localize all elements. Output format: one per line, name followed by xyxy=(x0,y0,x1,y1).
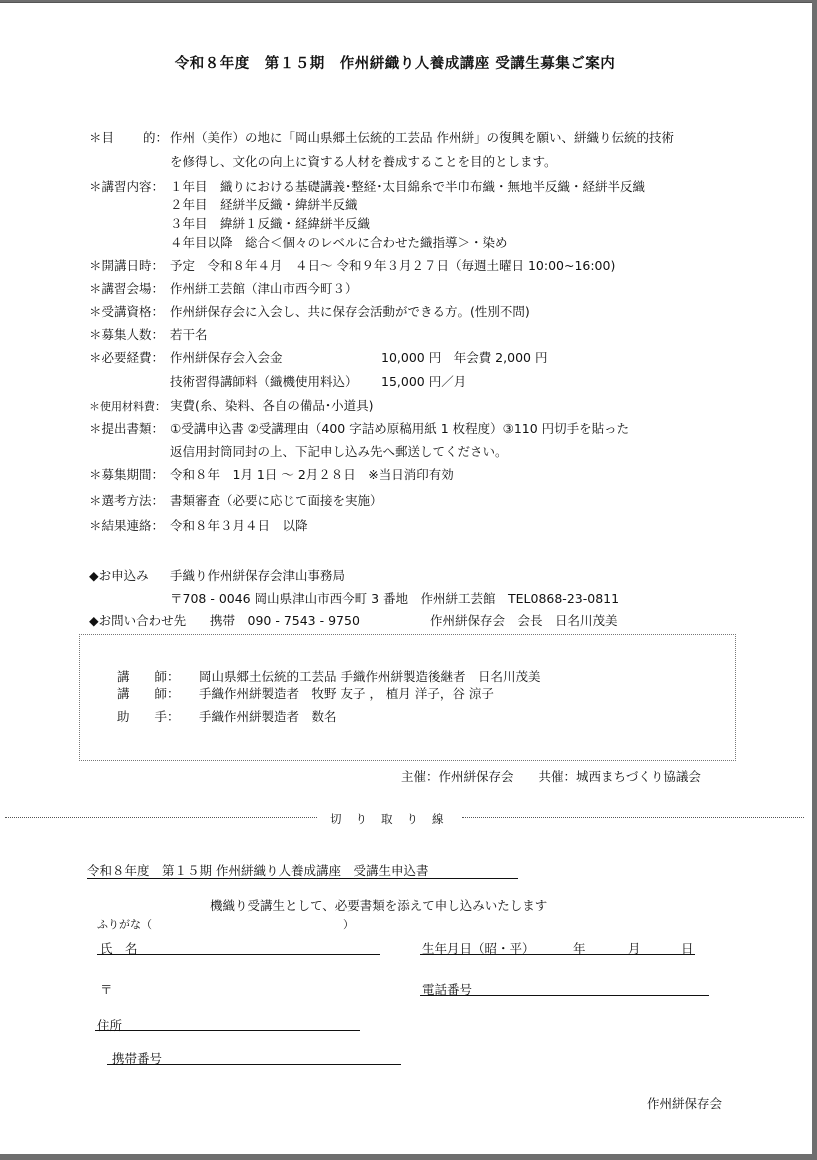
organizers: 主催：作州絣保存会 共催：城西まちづくり協議会 xyxy=(401,769,701,785)
instructor-desc-2: 手織作州絣製造者 牧野 友子 ， 植月 洋子，谷 涼子 xyxy=(199,684,494,702)
form-statement: 機織り受講生として、必要書類を添えて申し込みいたします xyxy=(210,896,547,914)
item-label-selection: ＊選考方法： xyxy=(89,493,164,509)
birthdate-underline xyxy=(420,954,695,955)
item-label-period: ＊募集期間： xyxy=(89,467,164,483)
application-office: 手織り作州絣保存会津山事務局 xyxy=(170,566,345,584)
furigana-label: ふりがな（ xyxy=(97,916,152,932)
item-value-documents-2: 返信用封筒同封の上、下記申し込み先へ郵送してください。 xyxy=(170,444,508,460)
postal-field[interactable] xyxy=(118,976,318,994)
instructor-role-1: 講 師： xyxy=(117,667,180,685)
address-field[interactable] xyxy=(128,1012,358,1030)
item-value-materials: 実費(糸、染料、各自の備品･小道具) xyxy=(170,398,374,414)
application-address: 〒708 - 0046 岡山県津山市西今町 3 番地 作州絣工芸館 TEL086… xyxy=(170,589,619,607)
item-label-capacity: ＊募集人数： xyxy=(89,327,164,343)
phone-underline xyxy=(420,995,709,996)
item-value-purpose-2: を修得し、文化の向上に資する人材を養成することを目的とします。 xyxy=(170,154,557,170)
name-field[interactable] xyxy=(150,935,378,953)
item-label-result: ＊結果連絡： xyxy=(89,518,164,534)
phone-field[interactable] xyxy=(480,976,705,994)
item-value-course-3: ３年目 緯絣１反織・経緯絣半反織 xyxy=(170,216,370,232)
instructor-role-2: 講 師： xyxy=(117,684,180,702)
item-value-fees-2: 技術習得講師料（織機使用料込） xyxy=(170,374,358,390)
furigana-field[interactable] xyxy=(218,916,343,930)
item-label-fees: ＊必要経費： xyxy=(89,350,164,366)
birthdate-field[interactable] xyxy=(540,935,690,953)
item-value-venue: 作州絣工芸館（津山市西今町３） xyxy=(170,281,358,297)
item-amount-fees-2: 15,000 円／月 xyxy=(381,374,466,390)
cut-line-left xyxy=(5,817,317,818)
item-value-period: 令和８年 1月 1日 ～ 2月２８日 ※当日消印有効 xyxy=(170,467,454,483)
item-label-schedule: ＊開講日時： xyxy=(89,258,164,274)
item-label-venue: ＊講習会場： xyxy=(89,281,164,297)
mobile-underline xyxy=(107,1064,401,1065)
item-value-course-2: ２年目 経絣半反織・緯絣半反織 xyxy=(170,197,358,213)
item-value-documents-1: ①受講申込書 ②受講理由（400 字詰め原稿用紙 1 枚程度）③110 円切手を… xyxy=(170,421,629,437)
inquiry-phone: 携帯 090 - 7543 - 9750 xyxy=(210,611,360,629)
name-underline xyxy=(97,954,380,955)
item-label-purpose: ＊目 的： xyxy=(89,130,168,146)
item-label-documents: ＊提出書類： xyxy=(89,421,164,437)
mobile-field[interactable] xyxy=(170,1045,398,1063)
item-value-course-1: １年目 織りにおける基礎講義･整経･太目綿糸で半巾布織・無地半反織・経絣半反織 xyxy=(170,179,645,195)
cut-line-label: 切り取り線 xyxy=(330,811,458,827)
instructors-box: 講 師： 岡山県郷土伝統的工芸品 手織作州絣製造後継者 日名川茂美 講 師： 手… xyxy=(79,634,736,761)
item-value-capacity: 若干名 xyxy=(170,327,208,343)
footer-organization: 作州絣保存会 xyxy=(647,1094,722,1112)
item-label-materials: ＊使用材料費： xyxy=(89,399,166,415)
item-label-eligibility: ＊受講資格： xyxy=(89,304,164,320)
application-label: ◆お申込み xyxy=(89,566,149,584)
cut-line-right xyxy=(462,817,804,818)
item-label-course: ＊講習内容： xyxy=(89,179,164,195)
furigana-close: ） xyxy=(343,916,354,932)
inquiry-contact: 作州絣保存会 会長 日名川茂美 xyxy=(430,611,618,629)
document-page: 令和８年度 第１５期 作州絣織り人養成講座 受講生募集ご案内 ＊目 的： 作州（… xyxy=(0,2,812,1154)
item-value-eligibility: 作州絣保存会に入会し、共に保存会活動ができる方。(性別不問) xyxy=(170,304,530,320)
postal-label: 〒 xyxy=(100,980,113,998)
instructor-desc-1: 岡山県郷土伝統的工芸品 手織作州絣製造後継者 日名川茂美 xyxy=(199,667,540,685)
item-value-selection: 書類審査（必要に応じて面接を実施） xyxy=(170,493,383,509)
item-value-fees-1: 作州絣保存会入会金 xyxy=(170,350,283,366)
page-title: 令和８年度 第１５期 作州絣織り人養成講座 受講生募集ご案内 xyxy=(0,52,790,73)
assistant-role: 助 手： xyxy=(117,707,180,725)
assistant-desc: 手織作州絣製造者 数名 xyxy=(199,707,337,725)
item-amount-fees-1: 10,000 円 年会費 2,000 円 xyxy=(381,350,547,366)
item-value-result: 令和８年３月４日 以降 xyxy=(170,518,308,534)
address-label: 住所 xyxy=(97,1016,122,1034)
inquiry-label: ◆お問い合わせ先 xyxy=(89,611,186,629)
item-value-purpose-1: 作州（美作）の地に「岡山県郷土伝統的工芸品 作州絣」の復興を願い、絣織り伝統的技… xyxy=(170,130,674,146)
address-underline xyxy=(95,1030,360,1031)
item-value-schedule: 予定 令和８年４月 ４日～ 令和９年３月２７日（毎週土曜日 10:00~16:0… xyxy=(170,258,615,274)
form-title: 令和８年度 第１５期 作州絣織り人養成講座 受講生申込書 xyxy=(87,861,428,879)
form-title-underline xyxy=(87,878,518,879)
item-value-course-4: ４年目以降 総合＜個々のレベルに合わせた織指導＞・染め xyxy=(170,235,508,251)
